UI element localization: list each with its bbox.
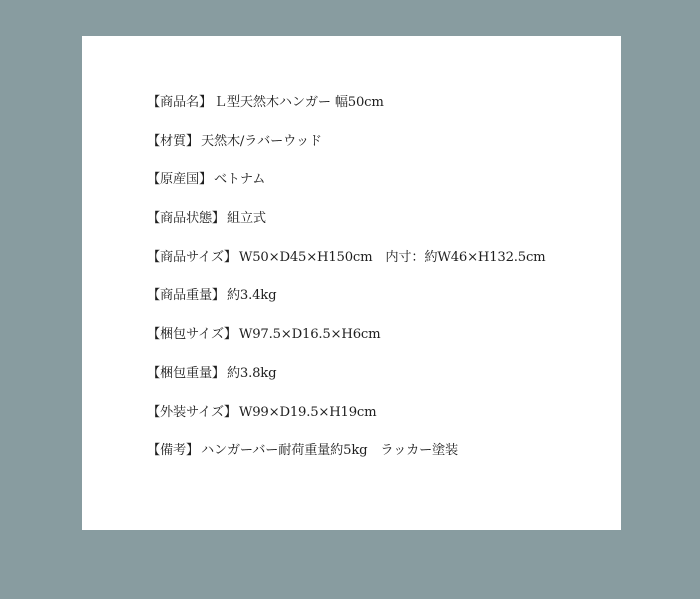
spec-label: 【商品サイズ】 <box>147 250 237 265</box>
spec-value: W50×D45×H150cm 内寸：約W46×H132.5cm <box>239 250 546 265</box>
spec-row-package-weight: 【梱包重量】約3.8kg <box>147 364 545 403</box>
spec-row-product-weight: 【商品重量】約3.4kg <box>147 286 545 325</box>
spec-value: ハンガーバー耐荷重量約5kg ラッカー塗装 <box>201 443 458 458</box>
spec-label: 【商品名】 <box>147 95 212 110</box>
spec-label: 【梱包重量】 <box>147 366 225 381</box>
spec-label: 【備考】 <box>147 443 199 458</box>
spec-value: W97.5×D16.5×H6cm <box>239 327 381 342</box>
spec-value: 約3.8kg <box>227 366 276 381</box>
spec-label: 【原産国】 <box>147 172 212 187</box>
spec-label: 【商品状態】 <box>147 211 225 226</box>
spec-row-outer-size: 【外装サイズ】W99×D19.5×H19cm <box>147 403 545 442</box>
spec-label: 【梱包サイズ】 <box>147 327 237 342</box>
spec-row-product-name: 【商品名】Ｌ型天然木ハンガー 幅50cm <box>147 93 545 132</box>
spec-value: 天然木/ラバーウッド <box>201 134 322 149</box>
spec-value: 約3.4kg <box>227 288 276 303</box>
spec-label: 【外装サイズ】 <box>147 405 237 420</box>
spec-label: 【商品重量】 <box>147 288 225 303</box>
product-spec-panel: 【商品名】Ｌ型天然木ハンガー 幅50cm 【材質】天然木/ラバーウッド 【原産国… <box>82 36 621 530</box>
spec-row-origin: 【原産国】ベトナム <box>147 170 545 209</box>
spec-row-package-size: 【梱包サイズ】W97.5×D16.5×H6cm <box>147 325 545 364</box>
spec-label: 【材質】 <box>147 134 199 149</box>
spec-list: 【商品名】Ｌ型天然木ハンガー 幅50cm 【材質】天然木/ラバーウッド 【原産国… <box>147 93 545 480</box>
spec-value: Ｌ型天然木ハンガー 幅50cm <box>214 95 384 110</box>
spec-value: ベトナム <box>214 172 265 187</box>
spec-row-condition: 【商品状態】組立式 <box>147 209 545 248</box>
spec-row-material: 【材質】天然木/ラバーウッド <box>147 132 545 171</box>
spec-value: W99×D19.5×H19cm <box>239 405 377 420</box>
spec-row-product-size: 【商品サイズ】W50×D45×H150cm 内寸：約W46×H132.5cm <box>147 248 545 287</box>
spec-value: 組立式 <box>227 211 266 226</box>
spec-row-notes: 【備考】ハンガーバー耐荷重量約5kg ラッカー塗装 <box>147 441 545 480</box>
